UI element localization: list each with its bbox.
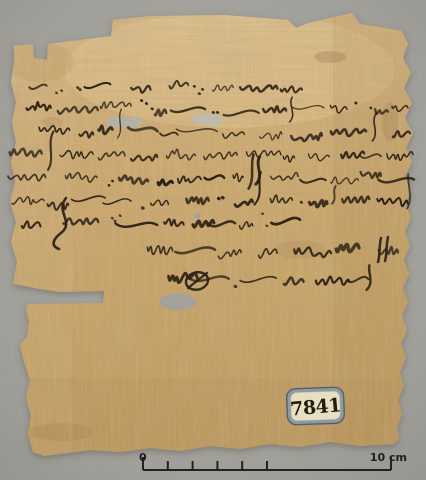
scale-ten-cm-label: 10 cm [370, 451, 407, 464]
photo-canvas: 7841 0 10 cm [0, 0, 426, 480]
papyrus-texture [0, 0, 426, 480]
inventory-number: 7841 [289, 394, 342, 420]
script-stroke [187, 197, 209, 204]
scale-zero-label: 0 [139, 451, 147, 464]
papyrus-hole-small [193, 214, 201, 219]
papyrus-fragment: 7841 [0, 0, 426, 480]
papyrus-photo: 7841 0 10 cm [0, 0, 426, 480]
inventory-label: 7841 [286, 387, 344, 425]
abrasion-patch [107, 117, 142, 127]
